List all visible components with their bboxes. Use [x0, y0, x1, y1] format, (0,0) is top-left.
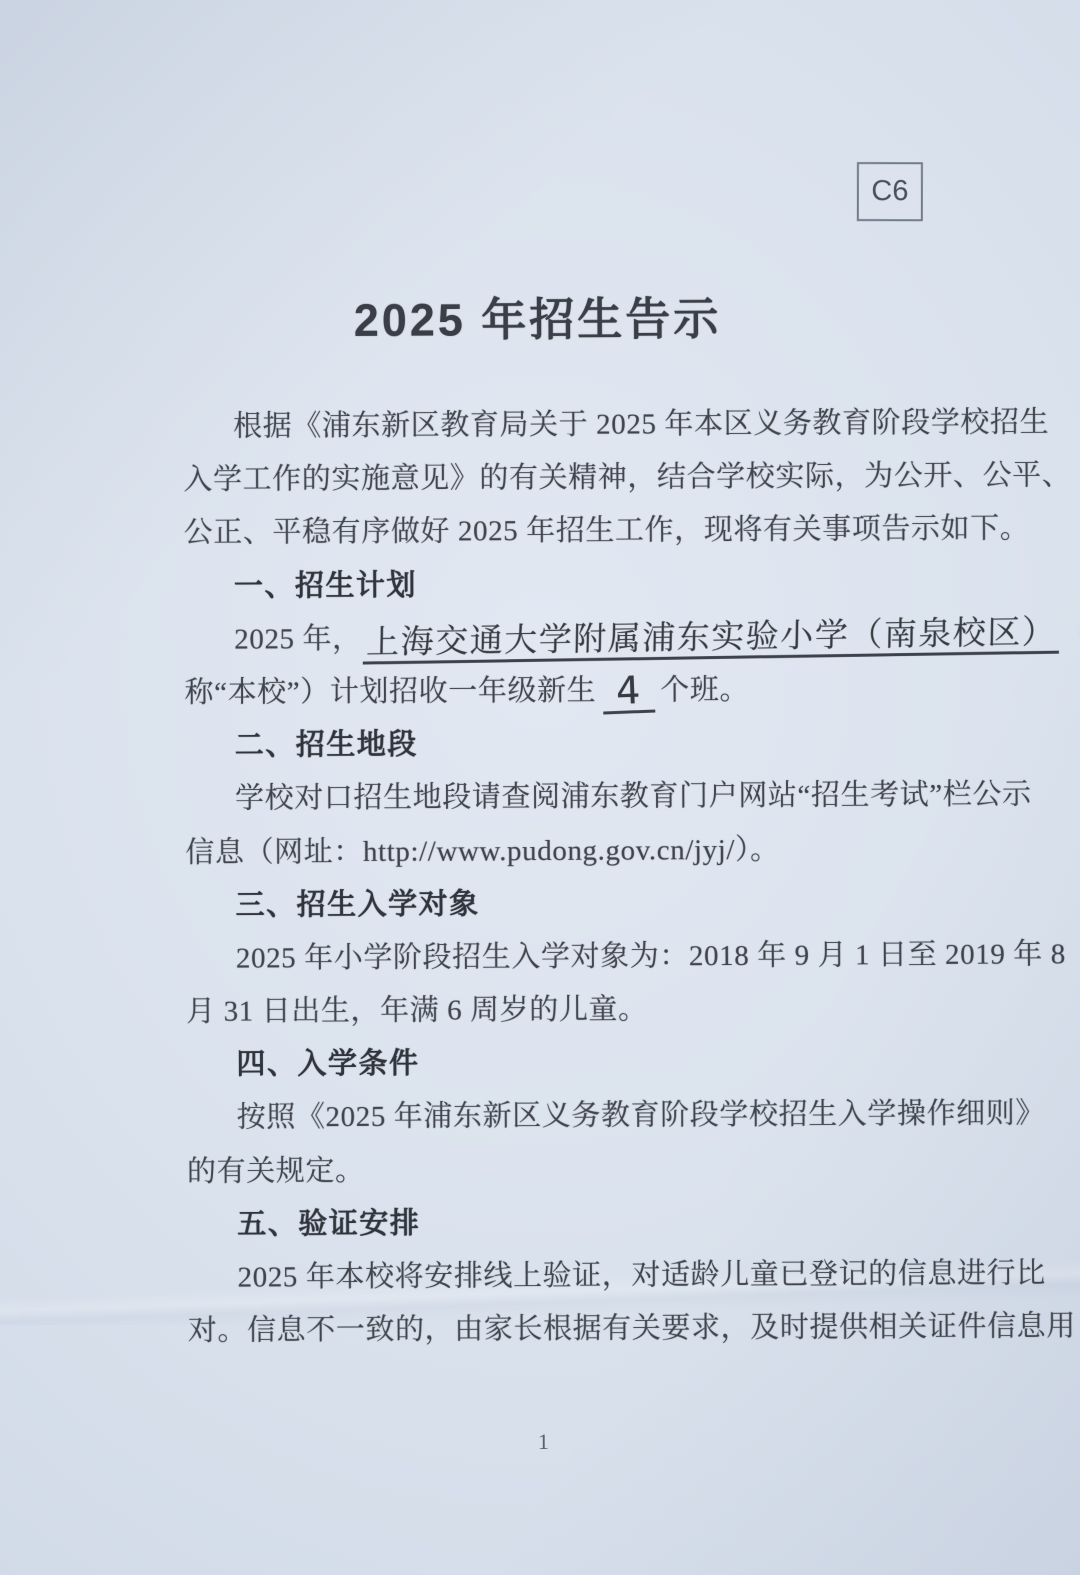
section-1-heading: 一、招生计划: [184, 557, 929, 614]
document-photo: C6 2025 年招生告示 根据《浦东新区教育局关于 2025 年本区义务教育阶…: [0, 0, 1080, 1575]
section-4-line-2: 的有关规定。: [187, 1142, 932, 1199]
s1-printed-prefix: 2025 年，: [234, 623, 362, 656]
notice-sheet: C6 2025 年招生告示 根据《浦东新区教育局关于 2025 年本区义务教育阶…: [0, 0, 1080, 1575]
notice-body: 根据《浦东新区教育局关于 2025 年本区义务教育阶段学校招生 入学工作的实施意…: [183, 397, 933, 1358]
section-3-line-2: 月 31 日出生，年满 6 周岁的儿童。: [186, 982, 931, 1039]
section-5-line-1: 2025 年本校将安排线上验证，对适龄儿童已登记的信息进行比: [187, 1248, 932, 1305]
section-2-line-1: 学校对口招生地段请查阅浦东教育门户网站“招生考试”栏公示: [185, 769, 930, 826]
page-title: 2025 年招生告示: [0, 280, 1078, 351]
section-1-line-2: 称“本校”）计划招收一年级新生4个班。: [184, 663, 929, 720]
s1-handwritten-class-count: 4: [601, 670, 655, 714]
section-1-line-1: 2025 年，上海交通大学附属浦东实验小学（南泉校区）（以下简: [184, 610, 929, 667]
section-4-line-1: 按照《2025 年浦东新区义务教育阶段学校招生入学操作细则》: [187, 1088, 932, 1145]
form-code-box: C6: [857, 162, 923, 221]
s1-handwritten-school-name: 上海交通大学附属浦东实验小学（南泉校区）: [363, 613, 1060, 664]
section-4-heading: 四、入学条件: [186, 1035, 931, 1092]
s1-line2-suffix: 个班。: [660, 674, 749, 706]
section-5-heading: 五、验证安排: [187, 1195, 932, 1252]
page-number: 1: [3, 1426, 1080, 1458]
intro-line-3: 公正、平稳有序做好 2025 年招生工作，现将有关事项告示如下。: [184, 503, 929, 560]
section-2-heading: 二、招生地段: [185, 716, 930, 773]
section-5-line-2: 对。信息不一致的，由家长根据有关要求，及时提供相关证件信息用: [188, 1301, 933, 1358]
section-3-line-1: 2025 年小学阶段招生入学对象为：2018 年 9 月 1 日至 2019 年…: [186, 929, 931, 986]
s1-line2-prefix: 称“本校”）计划招收一年级新生: [184, 675, 596, 709]
s1-printed-suffix: （以下简: [1062, 618, 1080, 651]
section-3-heading: 三、招生入学对象: [185, 876, 930, 933]
intro-line-2: 入学工作的实施意见》的有关精神，结合学校实际，为公开、公平、: [183, 450, 928, 507]
intro-line-1: 根据《浦东新区教育局关于 2025 年本区义务教育阶段学校招生: [183, 397, 928, 454]
section-2-line-2: 信息（网址：http://www.pudong.gov.cn/jyj/）。: [185, 822, 930, 879]
form-code-label: C6: [871, 175, 908, 208]
